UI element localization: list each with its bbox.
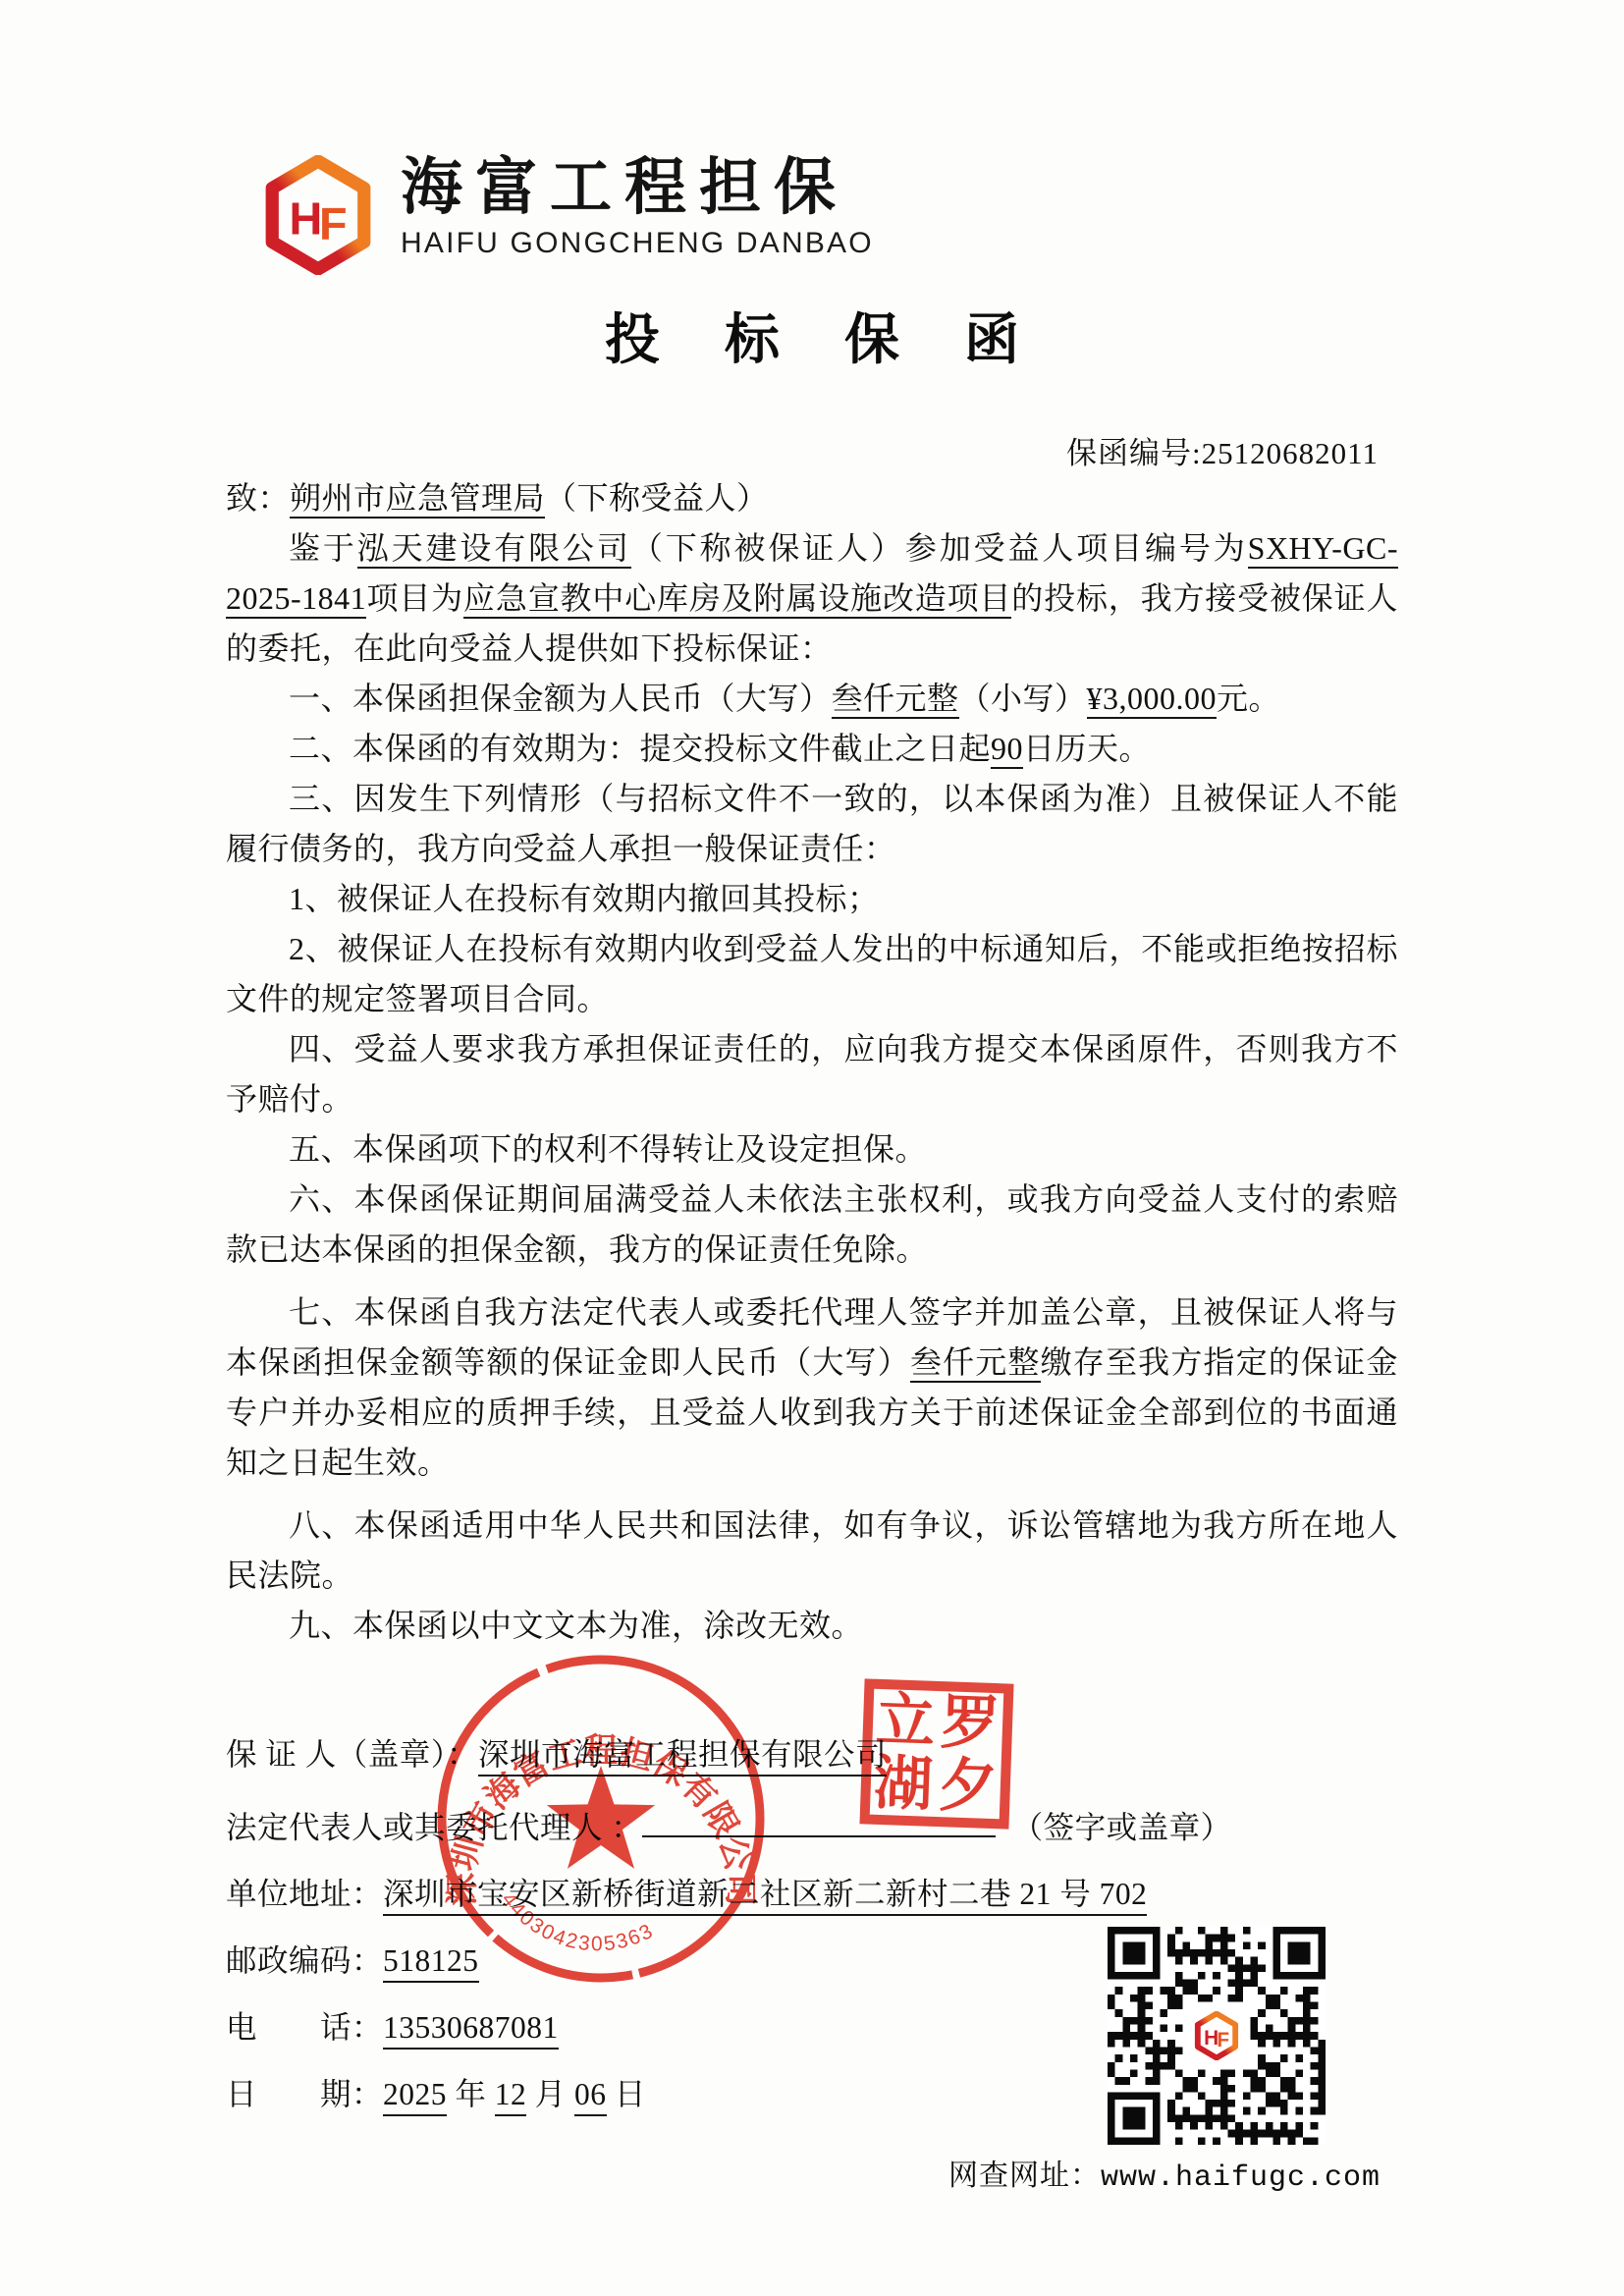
underlined-value: ¥3,000.00: [1087, 681, 1218, 719]
qr-code: H F: [1108, 1927, 1326, 2145]
document-page: H F 海富工程担保 HAIFU GONGCHENG DANBAO 投 标 保 …: [0, 0, 1624, 2296]
paragraph: 三、因发生下列情形（与招标文件不一致的，以本保函为准）且被保证人不能履行债务的，…: [226, 774, 1398, 874]
footer-row: 法定代表人或其委托代理人 ： （签字或盖章）: [226, 1805, 1398, 1844]
text-segment: （下称被保证人）参加受益人项目编号为: [631, 530, 1248, 566]
footer-row: 单位地址：深圳市宝安区新桥街道新二社区新二新村二巷 21 号 702: [226, 1878, 1398, 1911]
body: 致：朔州市应急管理局（下称受益人）鉴于泓天建设有限公司（下称被保证人）参加受益人…: [226, 473, 1398, 1651]
footer-row: 保 证 人（盖章）：深圳市海富工程担保有限公司: [226, 1738, 1398, 1772]
text-segment: 四、受益人要求我方承担保证责任的，应向我方提交本保函原件，否则我方不予赔付。: [226, 1031, 1398, 1117]
text-segment: （小写）: [959, 681, 1087, 716]
paragraph: 七、本保函自我方法定代表人或委托代理人签字并加盖公章，且被保证人将与本保函担保金…: [226, 1287, 1398, 1488]
underlined-value: 518125: [383, 1943, 479, 1983]
paragraph: 1、被保证人在投标有效期内撤回其投标；: [226, 874, 1398, 924]
text-segment: 1、被保证人在投标有效期内撤回其投标；: [289, 881, 880, 916]
text-segment: 法定代表人或其委托代理人 ：: [226, 1810, 642, 1844]
text-segment: 电 话：: [226, 2010, 383, 2045]
text-segment: 八、本保函适用中华人民共和国法律，如有争议，诉讼管辖地为我方所在地人民法院。: [226, 1507, 1398, 1593]
text-segment: 九、本保函以中文文本为准，涂改无效。: [289, 1608, 863, 1643]
underlined-value: [642, 1805, 996, 1837]
text-segment: 鉴于: [289, 530, 357, 566]
brand-name-cn: 海富工程担保: [401, 155, 874, 220]
underlined-value: 13530687081: [383, 2010, 559, 2050]
underlined-value: 12: [495, 2077, 527, 2116]
paragraph: 九、本保函以中文文本为准，涂改无效。: [226, 1601, 1398, 1651]
paragraph: 八、本保函适用中华人民共和国法律，如有争议，诉讼管辖地为我方所在地人民法院。: [226, 1501, 1398, 1601]
text-segment: 项目为: [366, 580, 463, 616]
text-segment: 致：: [226, 480, 290, 516]
text-segment: 五、本保函项下的权利不得转让及设定担保。: [289, 1131, 927, 1167]
haifu-logo-icon: H F: [265, 155, 371, 275]
text-segment: 月: [526, 2077, 574, 2111]
svg-text:F: F: [319, 197, 348, 248]
underlined-value: 深圳市海富工程担保有限公司: [478, 1737, 887, 1777]
text-segment: 二、本保函的有效期为：提交投标文件截止之日起: [289, 731, 991, 766]
text-segment: 一、本保函担保金额为人民币（大写）: [289, 681, 832, 716]
underlined-value: 应急宣教中心库房及附属设施改造项目: [463, 580, 1011, 619]
svg-text:H: H: [290, 192, 323, 244]
underlined-value: 90: [991, 731, 1023, 769]
text-segment: 日 期：: [226, 2077, 383, 2111]
text-segment: 邮政编码：: [226, 1943, 383, 1978]
underlined-value: 叁仟元整: [910, 1344, 1041, 1383]
text-segment: 保 证 人（盖章）：: [226, 1737, 478, 1772]
paragraph: 二、本保函的有效期为：提交投标文件截止之日起90日历天。: [226, 724, 1398, 774]
underlined-value: 泓天建设有限公司: [357, 530, 631, 569]
paragraph: 四、受益人要求我方承担保证责任的，应向我方提交本保函原件，否则我方不予赔付。: [226, 1024, 1398, 1124]
paragraph: 致：朔州市应急管理局（下称受益人）: [226, 473, 1398, 523]
paragraph: 五、本保函项下的权利不得转让及设定担保。: [226, 1124, 1398, 1175]
text-segment: 日历天。: [1023, 731, 1151, 766]
text-segment: 六、本保函保证期间届满受益人未依法主张权利，或我方向受益人支付的索赔款已达本保函…: [226, 1181, 1398, 1267]
underlined-value: 深圳市宝安区新桥街道新二社区新二新村二巷 21 号 702: [383, 1877, 1147, 1916]
paragraph: 一、本保函担保金额为人民币（大写）叁仟元整（小写）¥3,000.00元。: [226, 674, 1398, 724]
svg-text:H: H: [1204, 2027, 1218, 2050]
underlined-value: 朔州市应急管理局: [290, 480, 545, 519]
text-segment: （签字或盖章）: [996, 1810, 1231, 1844]
qr-caption: 网查网址：www.haifugc.com: [948, 2151, 1380, 2195]
svg-text:F: F: [1217, 2029, 1229, 2051]
underlined-value: 叁仟元整: [832, 681, 959, 719]
text-segment: 单位地址：: [226, 1877, 383, 1911]
paragraph: 2、被保证人在投标有效期内收到受益人发出的中标通知后，不能或拒绝按招标文件的规定…: [226, 924, 1398, 1024]
ref-number: 保函编号:25120682011: [1066, 428, 1379, 472]
underlined-value: 2025: [383, 2077, 447, 2116]
text-segment: 三、因发生下列情形（与招标文件不一致的，以本保函为准）且被保证人不能履行债务的，…: [226, 781, 1398, 866]
text-segment: （下称受益人）: [545, 480, 769, 516]
qr-center-logo-icon: H F: [1194, 2011, 1239, 2060]
text-segment: 年: [447, 2077, 495, 2111]
paragraph: 六、本保函保证期间届满受益人未依法主张权利，或我方向受益人支付的索赔款已达本保函…: [226, 1175, 1398, 1275]
paragraph: 鉴于泓天建设有限公司（下称被保证人）参加受益人项目编号为SXHY-GC-2025…: [226, 523, 1398, 674]
brand-name-en: HAIFU GONGCHENG DANBAO: [401, 227, 874, 260]
text-segment: 元。: [1217, 681, 1280, 716]
brand-header: H F 海富工程担保 HAIFU GONGCHENG DANBAO: [265, 155, 874, 275]
underlined-value: 06: [574, 2077, 607, 2116]
text-segment: 日: [607, 2077, 646, 2111]
text-segment: 2、被保证人在投标有效期内收到受益人发出的中标通知后，不能或拒绝按招标文件的规定…: [226, 931, 1398, 1016]
page-title: 投 标 保 函: [0, 297, 1624, 375]
